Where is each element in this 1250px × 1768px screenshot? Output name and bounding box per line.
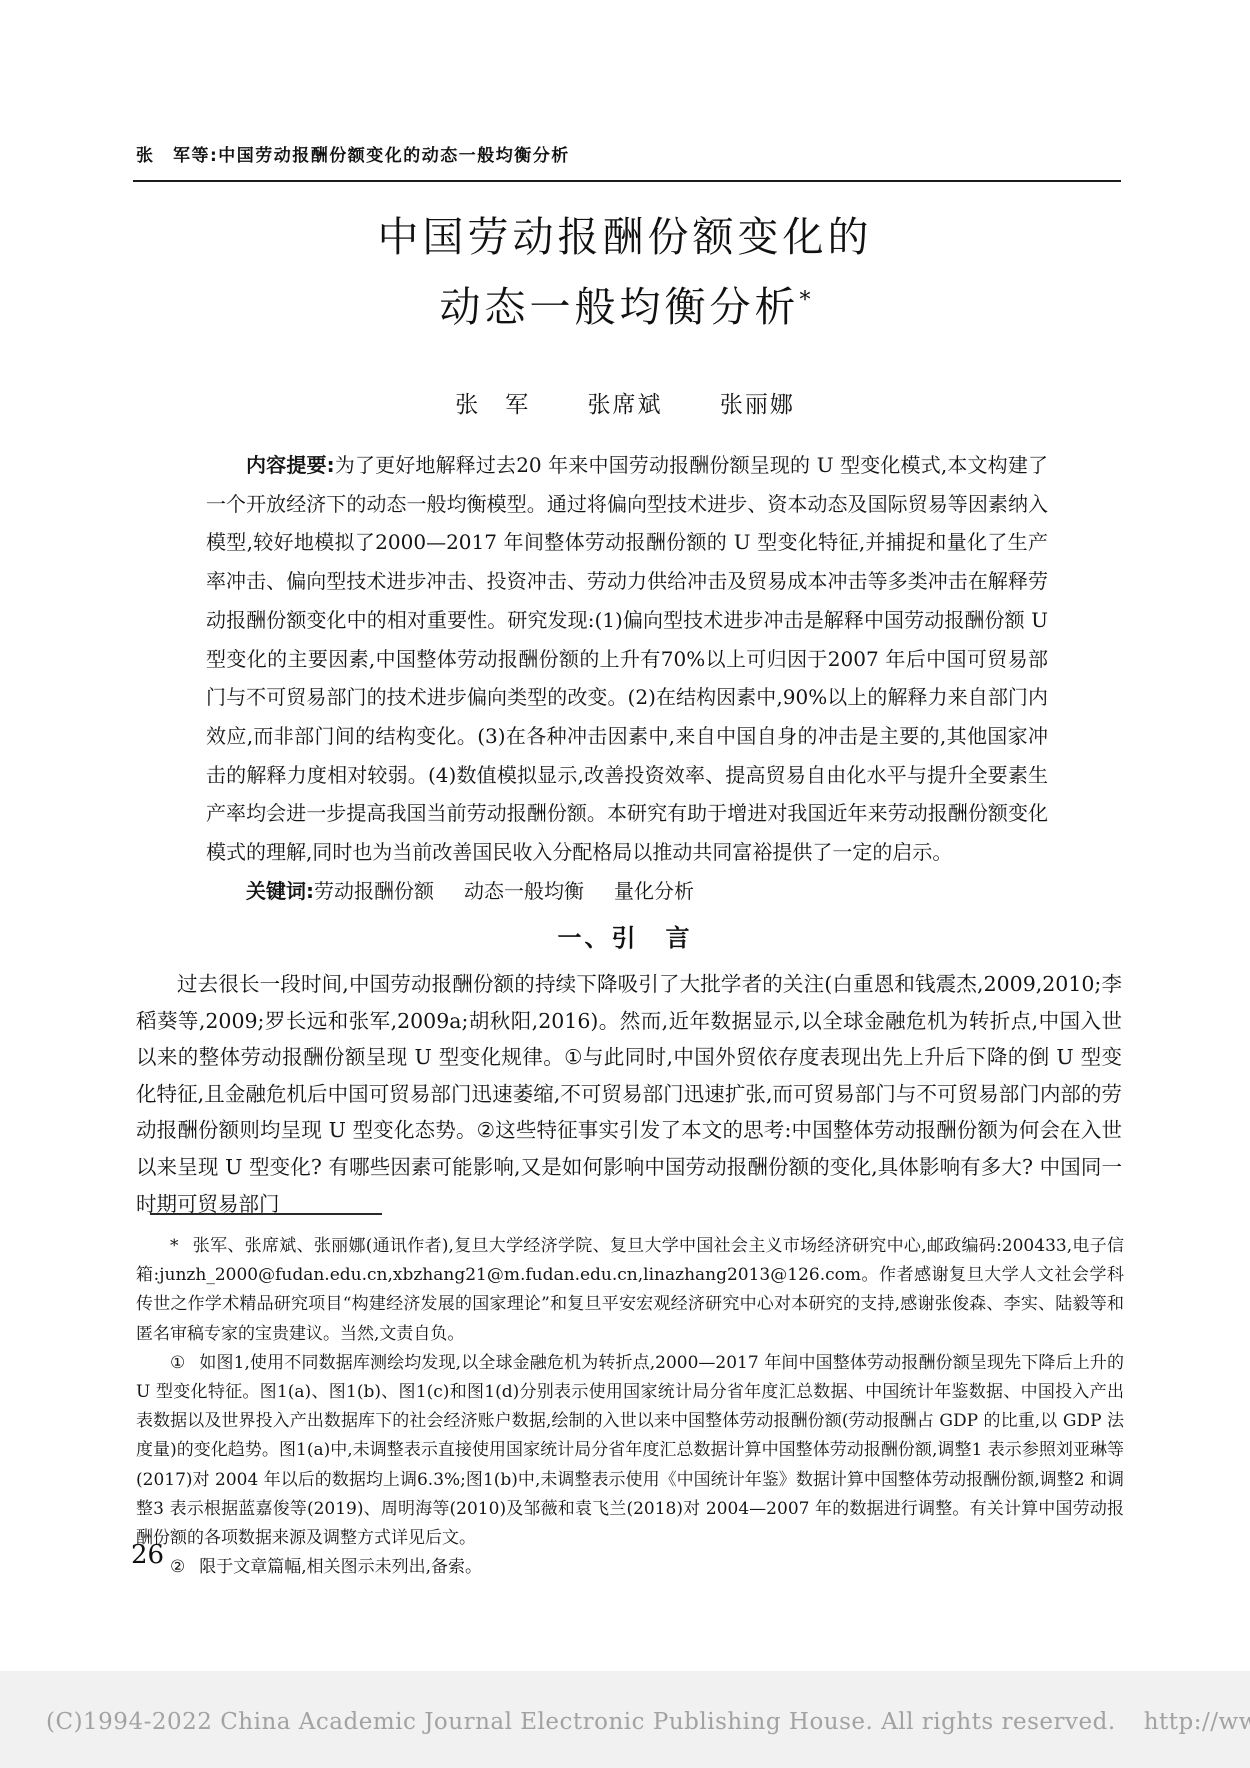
keyword-item: 劳动报酬份额 xyxy=(314,879,434,903)
abstract-text: 为了更好地解释过去20 年来中国劳动报酬份额呈现的 U 型变化模式,本文构建了一… xyxy=(206,453,1048,864)
author-name: 张席斌 xyxy=(588,392,663,418)
footnote-1-marker: ① xyxy=(170,1353,185,1373)
abstract-paragraph: 内容提要:为了更好地解释过去20 年来中国劳动报酬份额呈现的 U 型变化模式,本… xyxy=(206,446,1048,872)
author-list: 张 军 张席斌 张丽娜 xyxy=(0,386,1250,419)
section-heading-introduction: 一、引 言 xyxy=(0,918,1250,953)
paper-title-line2: 动态一般均衡分析* xyxy=(0,269,1250,339)
abstract-label: 内容提要: xyxy=(246,453,335,477)
copyright-text: (C)1994-2022 China Academic Journal Elec… xyxy=(46,1709,1116,1735)
paper-title-line1: 中国劳动报酬份额变化的 xyxy=(0,206,1250,269)
footnote-1: ①如图1,使用不同数据库测绘均发现,以全球金融危机为转折点,2000—2017 … xyxy=(136,1349,1124,1553)
author-name: 张 军 xyxy=(455,392,530,418)
title-footnote-marker: * xyxy=(800,288,811,313)
keywords-line: 关键词:劳动报酬份额动态一般均衡量化分析 xyxy=(206,872,1048,911)
paper-title-line2-text: 动态一般均衡分析 xyxy=(440,283,800,331)
footnotes-block: *张军、张席斌、张丽娜(通讯作者),复旦大学经济学院、复旦大学中国社会主义市场经… xyxy=(136,1232,1124,1582)
paper-page: 张 军等:中国劳动报酬份额变化的动态一般均衡分析 中国劳动报酬份额变化的 动态一… xyxy=(0,0,1250,1768)
footnote-2-marker: ② xyxy=(170,1557,185,1577)
footnote-star-text: 张军、张席斌、张丽娜(通讯作者),复旦大学经济学院、复旦大学中国社会主义市场经济… xyxy=(136,1236,1124,1344)
author-name: 张丽娜 xyxy=(720,392,795,418)
paper-title: 中国劳动报酬份额变化的 动态一般均衡分析* xyxy=(0,206,1250,339)
copyright-watermark: (C)1994-2022 China Academic Journal Elec… xyxy=(46,1709,1250,1735)
abstract-block: 内容提要:为了更好地解释过去20 年来中国劳动报酬份额呈现的 U 型变化模式,本… xyxy=(206,446,1048,910)
body-paragraph: 过去很长一段时间,中国劳动报酬份额的持续下降吸引了大批学者的关注(白重恩和钱震杰… xyxy=(136,966,1122,1222)
header-divider xyxy=(133,180,1121,182)
footnote-1-text: 如图1,使用不同数据库测绘均发现,以全球金融危机为转折点,2000—2017 年… xyxy=(136,1353,1124,1548)
keywords-label: 关键词: xyxy=(246,879,314,903)
footnote-2: ②限于文章篇幅,相关图示未列出,备索。 xyxy=(136,1553,1124,1582)
watermark-url: http://www.cnki.net xyxy=(1144,1709,1250,1735)
watermark-band: (C)1994-2022 China Academic Journal Elec… xyxy=(0,1671,1250,1768)
running-header: 张 军等:中国劳动报酬份额变化的动态一般均衡分析 xyxy=(136,141,570,166)
footnote-divider xyxy=(150,1213,382,1215)
page-number: 26 xyxy=(131,1540,164,1570)
body-text: 过去很长一段时间,中国劳动报酬份额的持续下降吸引了大批学者的关注(白重恩和钱震杰… xyxy=(136,966,1122,1222)
footnote-author-note: *张军、张席斌、张丽娜(通讯作者),复旦大学经济学院、复旦大学中国社会主义市场经… xyxy=(136,1232,1124,1349)
keyword-item: 动态一般均衡 xyxy=(464,879,584,903)
footnote-star-marker: * xyxy=(170,1236,179,1256)
keyword-item: 量化分析 xyxy=(614,879,694,903)
footnote-2-text: 限于文章篇幅,相关图示未列出,备索。 xyxy=(199,1557,482,1577)
